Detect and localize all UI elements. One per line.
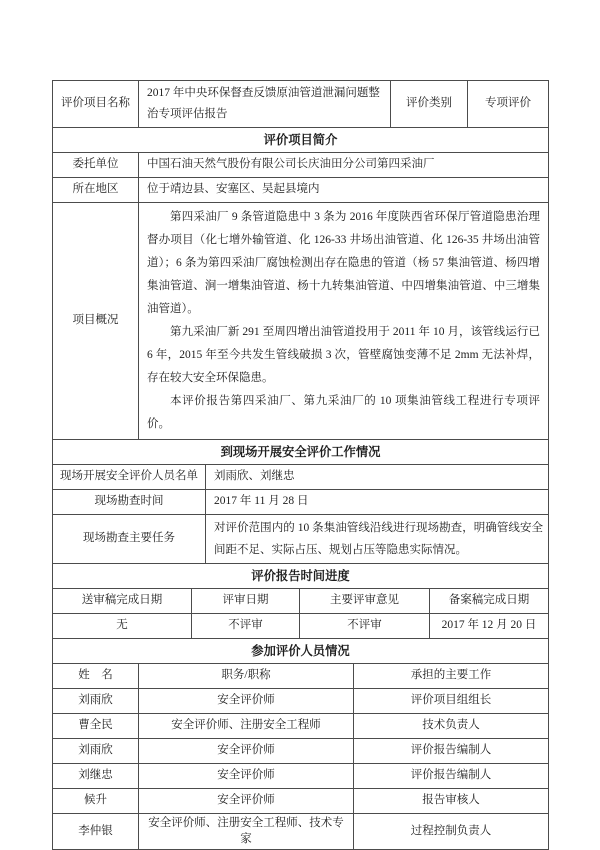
site-date-label: 现场勘查时间 — [53, 490, 206, 515]
participant-row: 李仲银 安全评价师、注册安全工程师、技术专家 过程控制负责人 — [53, 814, 549, 850]
participant-row: 刘继忠 安全评价师 评价报告编制人 — [53, 764, 549, 789]
site-date-value: 2017 年 11 月 28 日 — [206, 490, 549, 515]
participant-row: 刘雨欣 安全评价师 评价报告编制人 — [53, 739, 549, 764]
overview-label: 项目概况 — [53, 203, 139, 440]
client-label: 委托单位 — [53, 153, 139, 178]
intro-section-header-row: 评价项目简介 — [53, 128, 549, 153]
participant-title: 安全评价师 — [139, 739, 354, 764]
schedule-header-final: 备案稿完成日期 — [430, 589, 549, 614]
participant-role: 报告审核人 — [354, 789, 549, 814]
region-row: 所在地区 位于靖边县、安塞区、吴起县境内 — [53, 178, 549, 203]
site-work-section-header-row: 到现场开展安全评价工作情况 — [53, 440, 549, 465]
site-task-text: 对评价范围内的 10 条集油管线沿线进行现场勘查，明确管线安全间距不足、实际占压… — [214, 517, 543, 561]
category-value: 专项评价 — [468, 81, 549, 128]
participant-role: 过程控制负责人 — [354, 814, 549, 850]
participant-name: 刘雨欣 — [53, 739, 139, 764]
participants-section-header-row: 参加评价人员情况 — [53, 639, 549, 664]
participants-header-title: 职务/职称 — [139, 664, 354, 689]
participant-role: 评价项目组组长 — [354, 689, 549, 714]
participant-name: 刘雨欣 — [53, 689, 139, 714]
overview-value: 第四采油厂 9 条管道隐患中 3 条为 2016 年度陕西省环保厅管道隐患治理督… — [139, 203, 549, 440]
participant-role: 评价报告编制人 — [354, 764, 549, 789]
schedule-section-header-row: 评价报告时间进度 — [53, 564, 549, 589]
participant-title: 安全评价师 — [139, 689, 354, 714]
site-staff-row: 现场开展安全评价人员名单 刘雨欣、刘继忠 — [53, 465, 549, 490]
participant-row: 候升 安全评价师 报告审核人 — [53, 789, 549, 814]
project-title-text: 2017 年中央环保督查反馈原油管道泄漏问题整治专项评估报告 — [147, 83, 385, 125]
project-name-value: 2017 年中央环保督查反馈原油管道泄漏问题整治专项评估报告 — [139, 81, 391, 128]
schedule-section-title: 评价报告时间进度 — [53, 564, 549, 589]
title-row: 评价项目名称 2017 年中央环保督查反馈原油管道泄漏问题整治专项评估报告 评价… — [53, 81, 549, 128]
intro-section-title: 评价项目简介 — [53, 128, 549, 153]
site-task-row: 现场勘查主要任务 对评价范围内的 10 条集油管线沿线进行现场勘查，明确管线安全… — [53, 515, 549, 564]
participants-header-name: 姓 名 — [53, 664, 139, 689]
participant-role: 技术负责人 — [354, 714, 549, 739]
client-row: 委托单位 中国石油天然气股份有限公司长庆油田分公司第四采油厂 — [53, 153, 549, 178]
schedule-header-opinion: 主要评审意见 — [300, 589, 430, 614]
site-staff-label: 现场开展安全评价人员名单 — [53, 465, 206, 490]
category-label: 评价类别 — [391, 81, 468, 128]
participants-header-row: 姓 名 职务/职称 承担的主要工作 — [53, 664, 549, 689]
schedule-header-draft: 送审稿完成日期 — [53, 589, 192, 614]
site-task-value: 对评价范围内的 10 条集油管线沿线进行现场勘查，明确管线安全间距不足、实际占压… — [206, 515, 549, 564]
schedule-header-row: 送审稿完成日期 评审日期 主要评审意见 备案稿完成日期 — [53, 589, 549, 614]
overview-paragraph-2: 第九采油厂新 291 至周四增出油管道投用于 2011 年 10 月，该管线运行… — [147, 321, 540, 390]
participants-section-title: 参加评价人员情况 — [53, 639, 549, 664]
schedule-value-review-date: 不评审 — [192, 614, 300, 639]
site-staff-value: 刘雨欣、刘继忠 — [206, 465, 549, 490]
overview-row: 项目概况 第四采油厂 9 条管道隐患中 3 条为 2016 年度陕西省环保厅管道… — [53, 203, 549, 440]
participant-title: 安全评价师 — [139, 789, 354, 814]
participants-header-role: 承担的主要工作 — [354, 664, 549, 689]
schedule-value-final: 2017 年 12 月 20 日 — [430, 614, 549, 639]
participant-title: 安全评价师、注册安全工程师、技术专家 — [139, 814, 354, 850]
participant-row: 曹全民 安全评价师、注册安全工程师 技术负责人 — [53, 714, 549, 739]
participant-row: 刘雨欣 安全评价师 评价项目组组长 — [53, 689, 549, 714]
overview-paragraph-3: 本评价报告第四采油厂、第九采油厂的 10 项集油管线工程进行专项评价。 — [147, 390, 540, 436]
participant-title: 安全评价师、注册安全工程师 — [139, 714, 354, 739]
site-work-section-title: 到现场开展安全评价工作情况 — [53, 440, 549, 465]
participant-name: 曹全民 — [53, 714, 139, 739]
participant-name: 刘继忠 — [53, 764, 139, 789]
participant-title: 安全评价师 — [139, 764, 354, 789]
participant-name: 李仲银 — [53, 814, 139, 850]
schedule-value-draft: 无 — [53, 614, 192, 639]
client-value: 中国石油天然气股份有限公司长庆油田分公司第四采油厂 — [139, 153, 549, 178]
schedule-header-review-date: 评审日期 — [192, 589, 300, 614]
region-value: 位于靖边县、安塞区、吴起县境内 — [139, 178, 549, 203]
participant-role: 评价报告编制人 — [354, 739, 549, 764]
schedule-value-opinion: 不评审 — [300, 614, 430, 639]
region-label: 所在地区 — [53, 178, 139, 203]
participant-name: 候升 — [53, 789, 139, 814]
overview-paragraph-1: 第四采油厂 9 条管道隐患中 3 条为 2016 年度陕西省环保厅管道隐患治理督… — [147, 206, 540, 321]
site-date-row: 现场勘查时间 2017 年 11 月 28 日 — [53, 490, 549, 515]
project-name-label: 评价项目名称 — [53, 81, 139, 128]
evaluation-report-table: 评价项目名称 2017 年中央环保督查反馈原油管道泄漏问题整治专项评估报告 评价… — [52, 80, 549, 850]
site-task-label: 现场勘查主要任务 — [53, 515, 206, 564]
schedule-value-row: 无 不评审 不评审 2017 年 12 月 20 日 — [53, 614, 549, 639]
